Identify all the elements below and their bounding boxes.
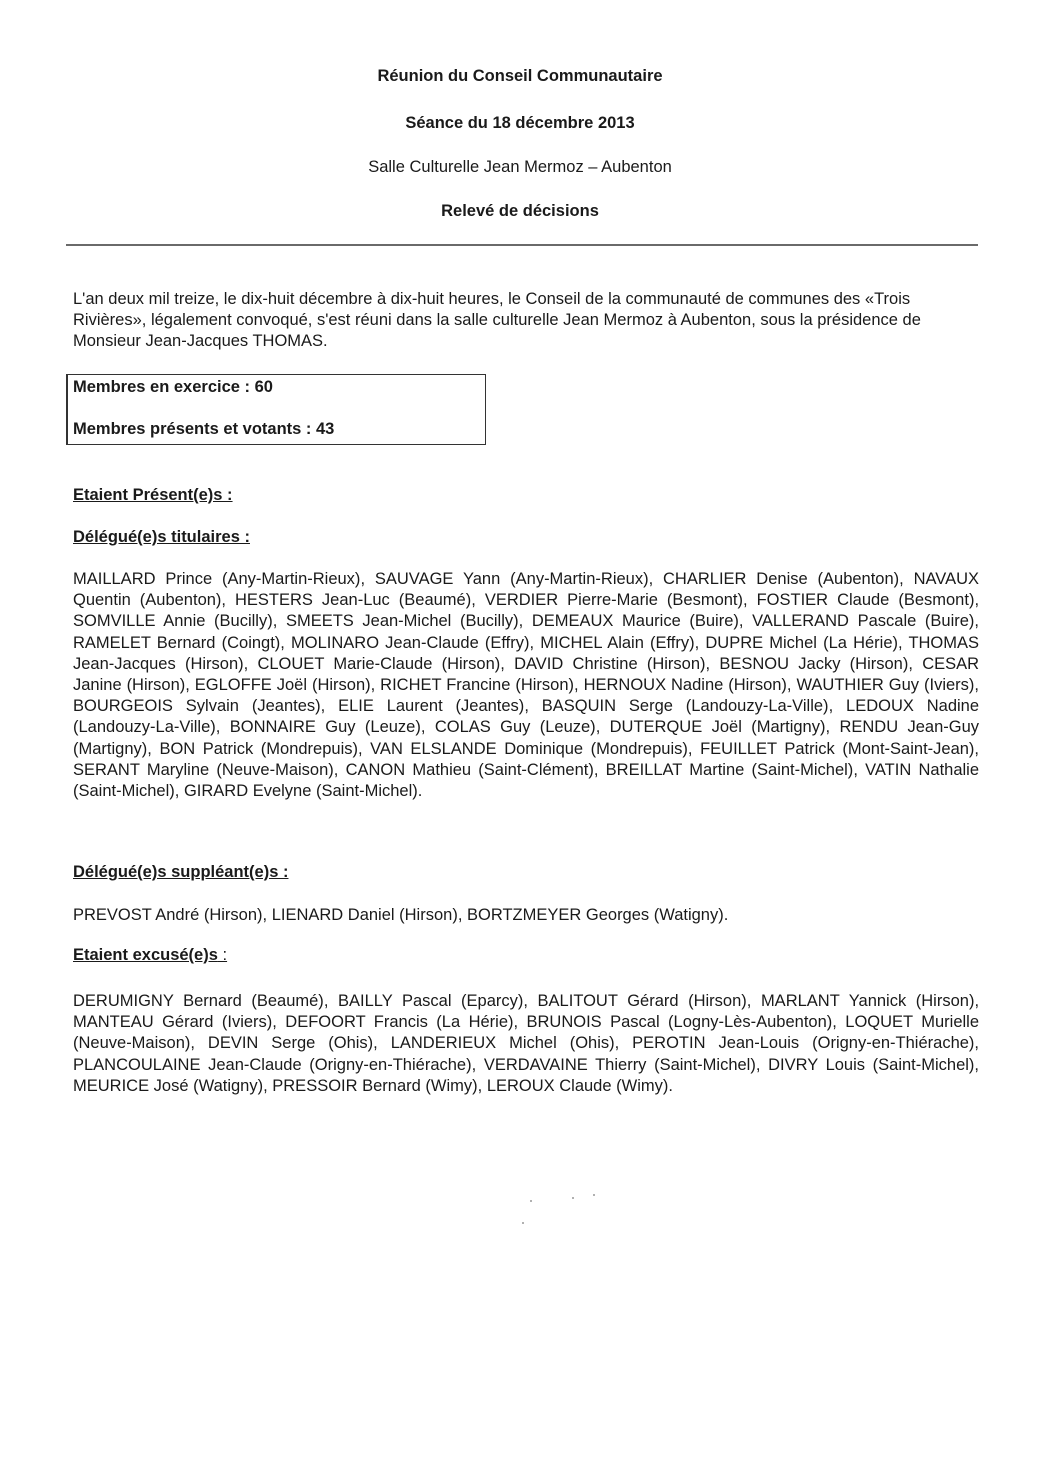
attendee-entry: COLAS Guy (Leuze): [435, 718, 596, 736]
attendee-entry: MICHEL Alain (Effry): [540, 634, 694, 652]
attendee-entry: DEFOORT Francis (La Hérie): [285, 1013, 513, 1031]
attendee-entry: DUPRE Michel (La Hérie): [705, 634, 898, 652]
excuses-list: DERUMIGNY Bernard (Beaumé), BAILLY Pasca…: [73, 991, 979, 1097]
attendee-entry: BALITOUT Gérard (Hirson): [538, 992, 747, 1010]
attendee-entry: BAILLY Pascal (Eparcy): [338, 992, 523, 1010]
attendee-entry: PEROTIN Jean-Louis (Origny-en-Thiérache): [632, 1034, 974, 1052]
titulaires-heading: Délégué(e)s titulaires :: [73, 528, 250, 547]
attendee-entry: FEUILLET Patrick (Mont-Saint-Jean): [700, 740, 974, 758]
attendee-entry: SERANT Maryline (Neuve-Maison): [73, 761, 334, 779]
attendee-entry: BESNOU Jacky (Hirson): [719, 655, 908, 673]
attendee-entry: MEURICE José (Watigny): [73, 1077, 263, 1095]
attendee-entry: MAILLARD Prince (Any-Martin-Rieux): [73, 570, 360, 588]
attendee-entry: VAN ELSLANDE Dominique (Mondrepuis): [370, 740, 688, 758]
attendee-entry: LEROUX Claude (Wimy): [487, 1077, 669, 1095]
attendee-entry: HESTERS Jean-Luc (Beaumé): [235, 591, 471, 609]
document-title: Réunion du Conseil Communautaire: [0, 67, 1040, 86]
attendee-entry: VERDIER Pierre-Marie (Besmont): [485, 591, 743, 609]
attendee-entry: SOMVILLE Annie (Bucilly): [73, 612, 273, 630]
attendee-entry: RICHET Francine (Hirson): [380, 676, 574, 694]
attendee-entry: LANDERIEUX Michel (Ohis): [391, 1034, 615, 1052]
attendee-entry: EGLOFFE Joël (Hirson): [195, 676, 371, 694]
members-box: Membres en exercice : 60 Membres présent…: [66, 374, 486, 445]
attendee-entry: PREVOST André (Hirson): [73, 906, 263, 924]
attendee-entry: BORTZMEYER Georges (Watigny): [467, 906, 724, 924]
header-divider: [66, 244, 978, 246]
attendee-entry: VALLERAND Pascale (Buire): [752, 612, 974, 630]
present-heading: Etaient Présent(e)s :: [73, 486, 233, 505]
intro-paragraph: L'an deux mil treize, le dix-huit décemb…: [73, 289, 979, 353]
attendee-entry: FOSTIER Claude (Besmont): [757, 591, 975, 609]
attendee-entry: CANON Mathieu (Saint-Clément): [346, 761, 594, 779]
attendee-entry: CLOUET Marie-Claude (Hirson): [257, 655, 500, 673]
attendee-entry: GIRARD Evelyne (Saint-Michel): [184, 782, 418, 800]
attendee-entry: MANTEAU Gérard (Iviers): [73, 1013, 272, 1031]
attendee-entry: BOURGEOIS Sylvain (Jeantes): [73, 697, 321, 715]
attendee-entry: BASQUIN Serge (Landouzy-La-Ville): [542, 697, 829, 715]
attendee-entry: CHARLIER Denise (Aubenton): [663, 570, 899, 588]
session-date: Séance du 18 décembre 2013: [0, 114, 1040, 133]
attendee-entry: MOLINARO Jean-Claude (Effry): [291, 634, 529, 652]
attendee-entry: BRUNOIS Pascal (Logny-Lès-Aubenton): [527, 1013, 833, 1031]
attendee-entry: MARLANT Yannick (Hirson): [761, 992, 975, 1010]
attendee-entry: DEMEAUX Maurice (Buire): [532, 612, 739, 630]
attendee-entry: HERNOUX Nadine (Hirson): [584, 676, 787, 694]
titulaires-list: MAILLARD Prince (Any-Martin-Rieux), SAUV…: [73, 569, 979, 802]
excuses-heading-label: Etaient excusé(e)s: [73, 946, 218, 964]
attendee-entry: DIVRY Louis (Saint-Michel): [768, 1056, 974, 1074]
attendee-entry: DAVID Christine (Hirson): [514, 655, 705, 673]
attendee-entry: DUTERQUE Joël (Martigny): [610, 718, 826, 736]
attendee-entry: DEVIN Serge (Ohis): [208, 1034, 373, 1052]
attendee-entry: SAUVAGE Yann (Any-Martin-Rieux): [375, 570, 649, 588]
document-page: Réunion du Conseil Communautaire Séance …: [0, 0, 1040, 1471]
attendee-entry: BON Patrick (Mondrepuis): [159, 740, 358, 758]
attendee-entry: RAMELET Bernard (Coingt): [73, 634, 280, 652]
excuses-heading-colon: :: [218, 946, 227, 964]
suppleants-list: PREVOST André (Hirson), LIENARD Daniel (…: [73, 905, 979, 926]
suppleants-heading: Délégué(e)s suppléant(e)s :: [73, 863, 288, 882]
attendee-entry: BREILLAT Martine (Saint-Michel): [606, 761, 854, 779]
attendee-entry: VERDAVAINE Thierry (Saint-Michel): [484, 1056, 756, 1074]
attendee-entry: SMEETS Jean-Michel (Bucilly): [286, 612, 519, 630]
attendee-entry: DERUMIGNY Bernard (Beaumé): [73, 992, 324, 1010]
excuses-heading: Etaient excusé(e)s :: [73, 946, 227, 965]
attendee-entry: PLANCOULAINE Jean-Claude (Origny-en-Thié…: [73, 1056, 472, 1074]
document-subtitle: Relevé de décisions: [0, 202, 1040, 221]
scan-noise: [500, 1190, 600, 1230]
attendee-entry: LIENARD Daniel (Hirson): [272, 906, 458, 924]
members-present-voting: Membres présents et votants : 43: [73, 420, 334, 439]
attendee-entry: PRESSOIR Bernard (Wimy): [272, 1077, 477, 1095]
attendee-entry: WAUTHIER Guy (Iviers): [796, 676, 974, 694]
attendee-entry: ELIE Laurent (Jeantes): [338, 697, 524, 715]
members-in-office: Membres en exercice : 60: [73, 378, 273, 397]
venue: Salle Culturelle Jean Mermoz – Aubenton: [0, 158, 1040, 177]
attendee-entry: BONNAIRE Guy (Leuze): [230, 718, 421, 736]
